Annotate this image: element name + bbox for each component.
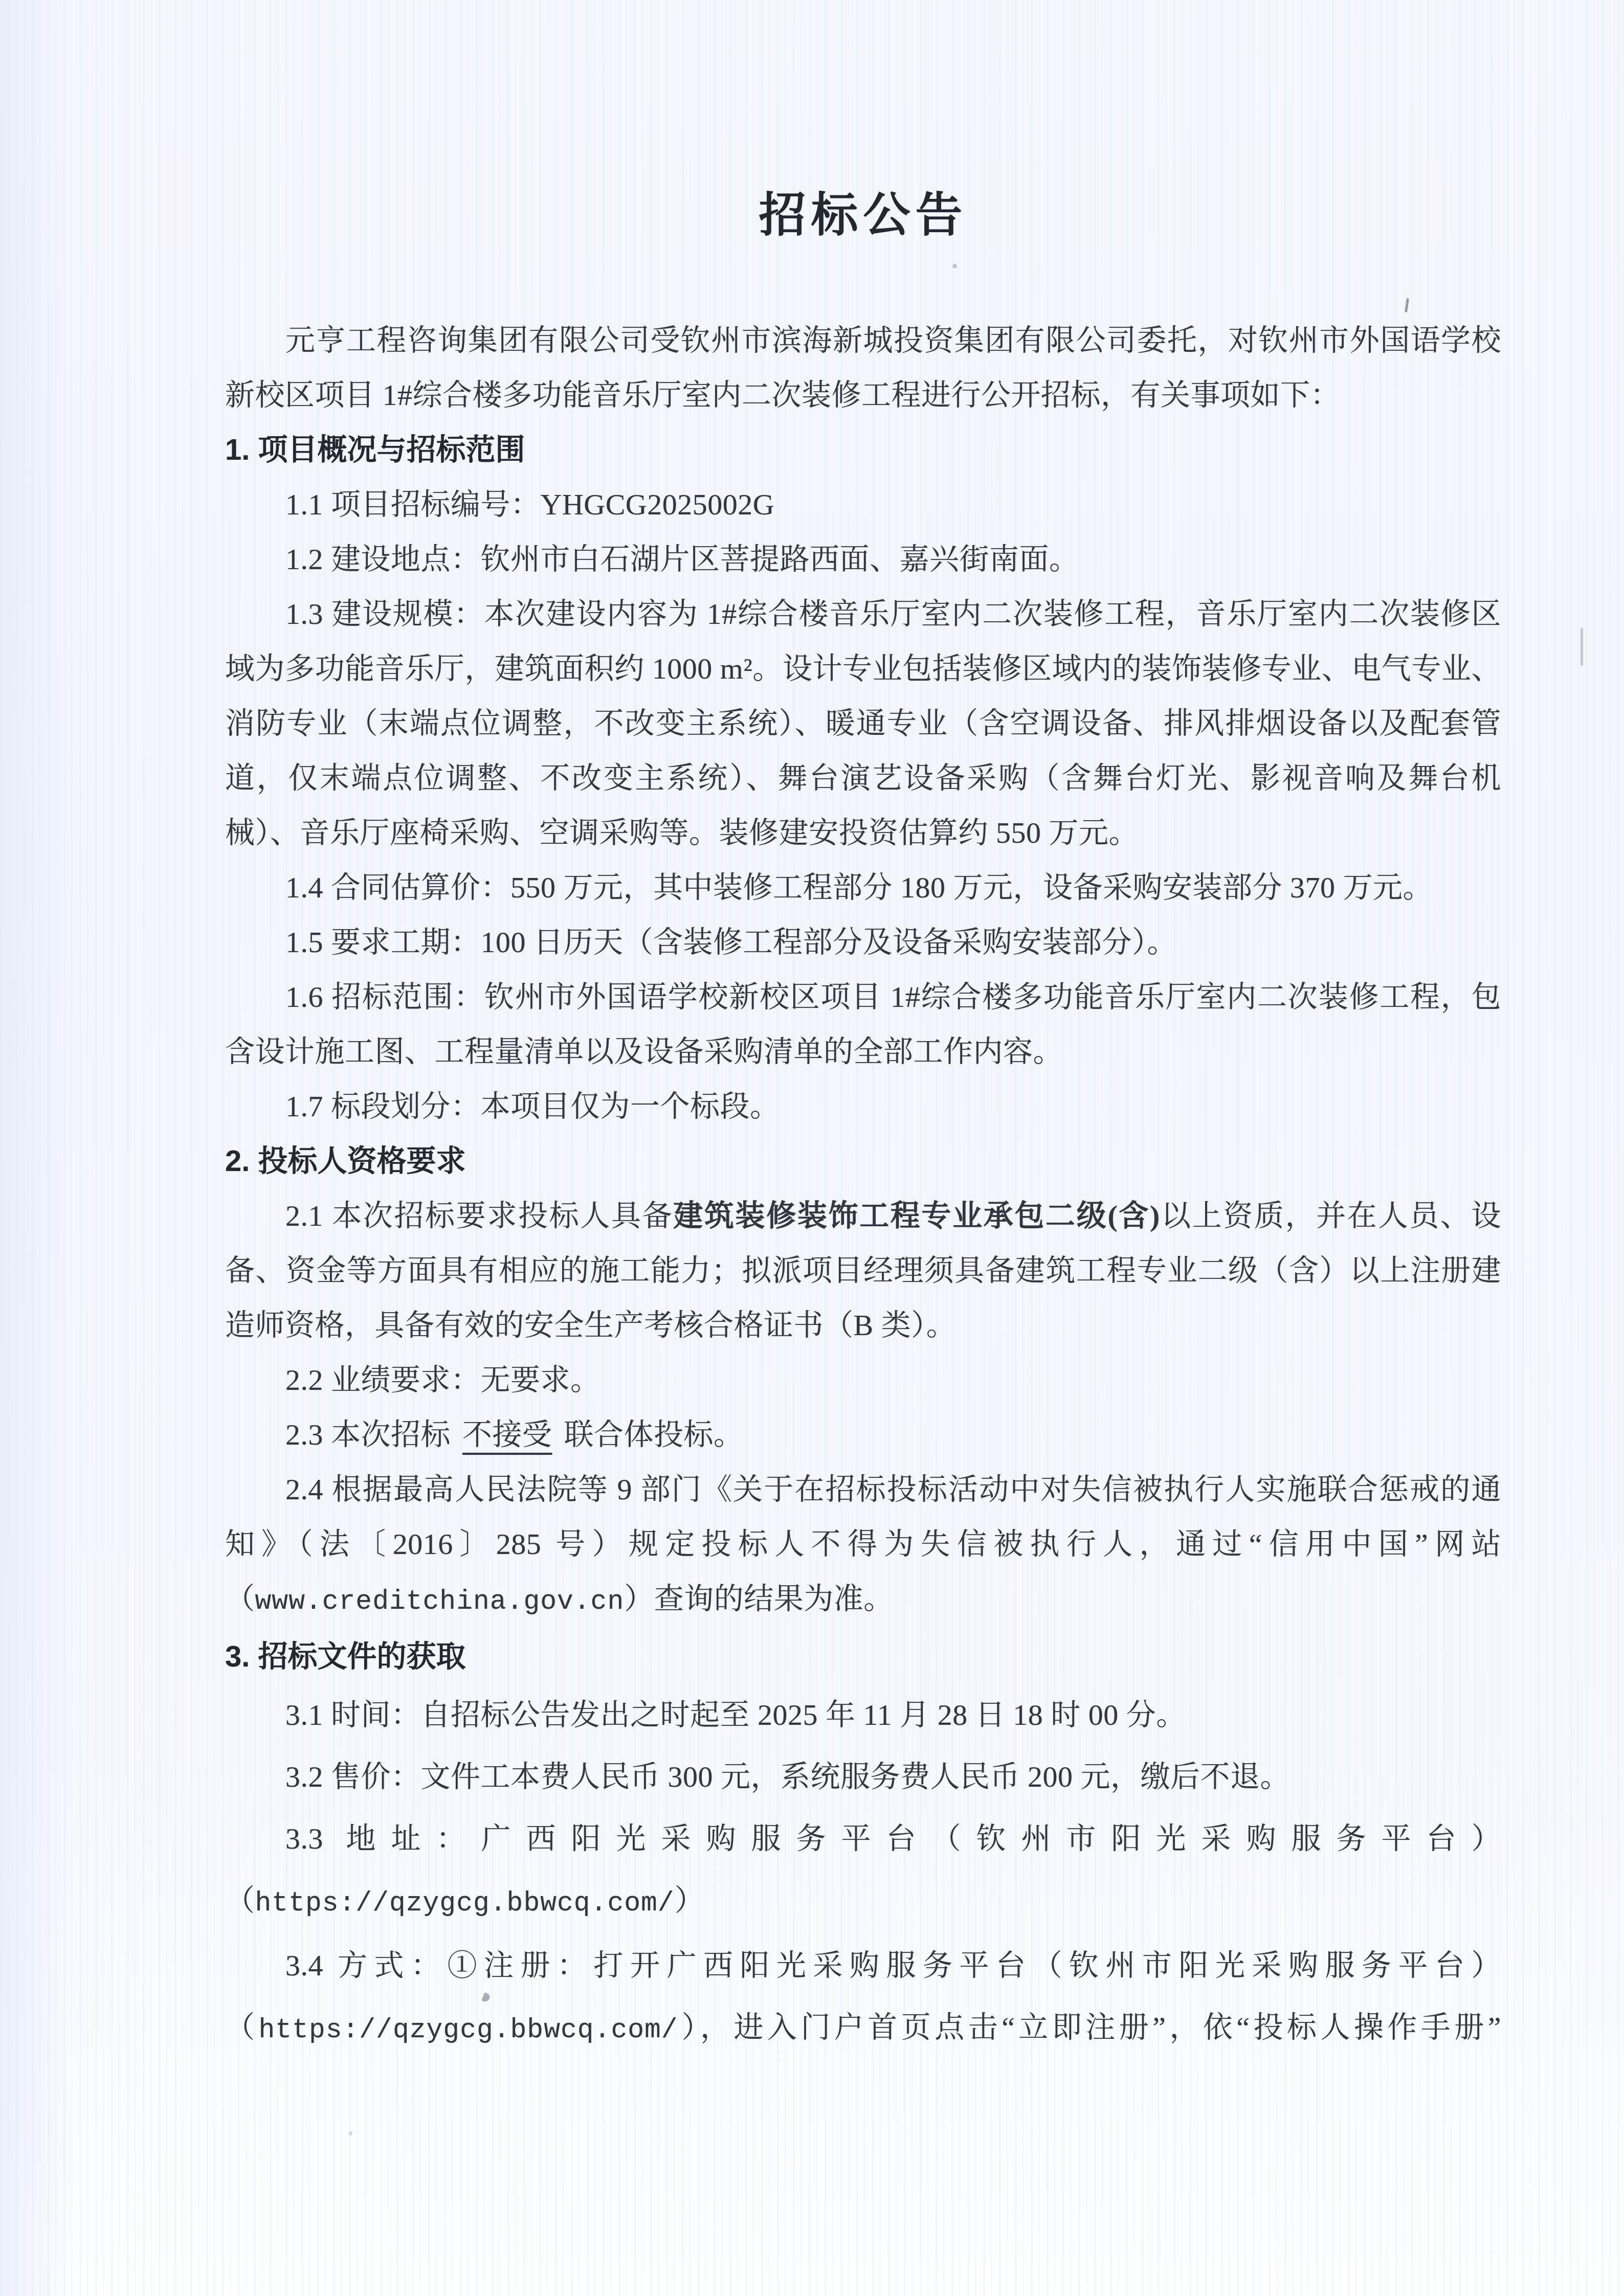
url2-open-paren: （: [225, 2011, 258, 2044]
page-title: 招标公告: [225, 190, 1501, 240]
intro-paragraph: 元亨工程咨询集团有限公司受钦州市滨海新城投资集团有限公司委托，对钦州市外国语学校…: [225, 313, 1501, 422]
para-2-1-bold-qualification: 建筑装修装饰工程专业承包二级(含): [673, 1199, 1160, 1232]
para-3-1: 3.1 时间：自招标公告发出之时起至 2025 年 11 月 28 日 18 时…: [225, 1684, 1501, 1746]
para-2-3-underlined-not-accepted: 不接受: [458, 1418, 557, 1451]
para-2-4: 2.4 根据最高人民法院等 9 部门《关于在招标投标活动中对失信被执行人实施联合…: [225, 1462, 1501, 1629]
section-bidder-qualifications: 2. 投标人资格要求 2.1 本次招标要求投标人具备建筑装修装饰工程专业承包二级…: [225, 1134, 1501, 1629]
para-1-5: 1.5 要求工期：100 日历天（含装修工程部分及设备采购安装部分）。: [225, 915, 1501, 970]
para-3-3: 3.3 地址：广西阳光采购服务平台（钦州市阳光采购服务平台）: [225, 1808, 1501, 1870]
para-2-3-pre: 2.3 本次招标: [285, 1418, 458, 1451]
para-2-1-pre: 2.1 本次招标要求投标人具备: [285, 1199, 673, 1232]
section-1-heading: 1. 项目概况与招标范围: [225, 422, 1501, 477]
url-open-paren: （: [225, 1884, 255, 1917]
para-3-3-url-line: （https://qzygcg.bbwcq.com/）: [225, 1870, 1501, 1934]
para-3-4-continuation-text: ），进入门户首页点击“立即注册”，依“投标人操作手册”: [678, 2011, 1501, 2044]
para-3-2: 3.2 售价：文件工本费人民币 300 元，系统服务费人民币 200 元，缴后不…: [225, 1746, 1501, 1808]
para-3-4-continuation-line: （https://qzygcg.bbwcq.com/），进入门户首页点击“立即注…: [225, 1996, 1501, 2061]
para-1-7: 1.7 标段划分：本项目仅为一个标段。: [225, 1079, 1501, 1134]
platform-url-text-2: https://qzygcg.bbwcq.com/: [258, 2015, 678, 2045]
para-2-3: 2.3 本次招标 不接受 联合体投标。: [225, 1407, 1501, 1462]
platform-url-text: https://qzygcg.bbwcq.com/: [255, 1888, 675, 1919]
para-1-3: 1.3 建设规模：本次建设内容为 1#综合楼音乐厅室内二次装修工程，音乐厅室内二…: [225, 587, 1501, 860]
para-2-4-post: ）查询的结果为准。: [624, 1582, 894, 1615]
section-obtaining-documents: 3. 招标文件的获取 3.1 时间：自招标公告发出之时起至 2025 年 11 …: [225, 1629, 1501, 2061]
para-3-4: 3.4 方式：①注册：打开广西阳光采购服务平台（钦州市阳光采购服务平台）: [225, 1934, 1501, 1996]
section-2-heading: 2. 投标人资格要求: [225, 1134, 1501, 1188]
creditchina-url-text: www.creditchina.gov.cn: [255, 1586, 625, 1617]
section-project-overview: 1. 项目概况与招标范围 1.1 项目招标编号：YHGCG2025002G 1.…: [225, 422, 1501, 1134]
para-2-3-post: 联合体投标。: [557, 1418, 744, 1451]
para-1-6: 1.6 招标范围：钦州市外国语学校新校区项目 1#综合楼多功能音乐厅室内二次装修…: [225, 970, 1501, 1079]
para-2-2: 2.2 业绩要求：无要求。: [225, 1353, 1501, 1407]
scanned-tender-document: 招标公告 元亨工程咨询集团有限公司受钦州市滨海新城投资集团有限公司委托，对钦州市…: [0, 0, 1624, 2296]
para-2-1: 2.1 本次招标要求投标人具备建筑装修装饰工程专业承包二级(含)以上资质，并在人…: [225, 1188, 1501, 1353]
para-1-1: 1.1 项目招标编号：YHGCG2025002G: [225, 477, 1501, 532]
para-1-2: 1.2 建设地点：钦州市白石湖片区菩提路西面、嘉兴街南面。: [225, 532, 1501, 587]
para-1-4: 1.4 合同估算价：550 万元，其中装修工程部分 180 万元，设备采购安装部…: [225, 860, 1501, 915]
section-3-heading: 3. 招标文件的获取: [225, 1629, 1501, 1684]
url-close-paren: ）: [675, 1884, 705, 1917]
